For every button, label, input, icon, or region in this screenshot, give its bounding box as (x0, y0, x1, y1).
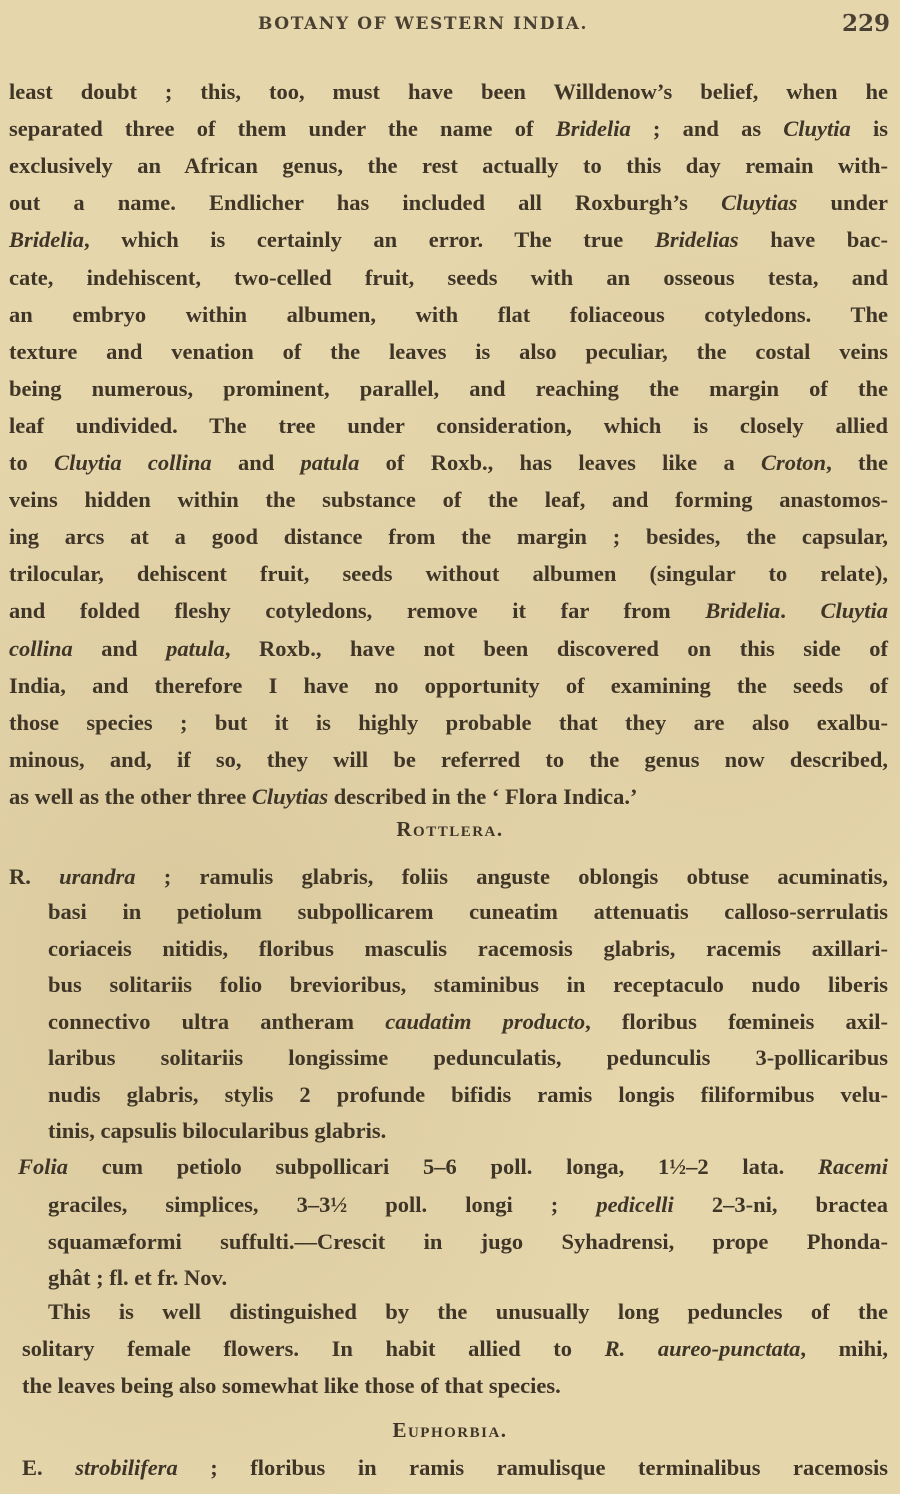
italic-taxon: Bridelia (556, 116, 631, 141)
text-line: Bridelia, which is certainly an error. T… (9, 225, 888, 255)
text-line: connectivo ultra antheram caudatim produ… (48, 1007, 888, 1037)
italic-taxon: patula (166, 636, 225, 661)
italic-taxon: Bridelias (655, 227, 739, 252)
text-line: veins hidden within the substance of the… (9, 485, 888, 515)
text-line: out a name. Endlicher has included all R… (9, 188, 888, 218)
page-number: 229 (842, 10, 890, 37)
text-line: nudis glabris, stylis 2 profunde bifidis… (48, 1080, 888, 1110)
text-line: minous, and, if so, they will be referre… (9, 745, 888, 775)
text-line: graciles, simplices, 3–3½ poll. longi ; … (48, 1190, 888, 1220)
text-line: bus solitariis folio brevioribus, stamin… (48, 970, 888, 1000)
italic-taxon: Cluytias (252, 784, 328, 809)
italic-taxon: strobilifera (75, 1455, 178, 1480)
section-heading-rottlera: Rottlera. (0, 817, 900, 842)
italic-taxon: Bridelia (9, 227, 84, 252)
running-title: BOTANY OF WESTERN INDIA. (258, 14, 588, 34)
text-line: tinis, capsulis bilocularibus glabris. (48, 1116, 888, 1146)
text-line: R. urandra ; ramulis glabris, foliis ang… (9, 862, 888, 892)
text-line: separated three of them under the name o… (9, 114, 888, 144)
text-line: cate, indehiscent, two-celled fruit, see… (9, 263, 888, 293)
text-line: Folia cum petiolo subpollicari 5–6 poll.… (18, 1152, 888, 1182)
text-line: the leaves being also somewhat like thos… (22, 1371, 888, 1401)
text-line: leaf undivided. The tree under considera… (9, 411, 888, 441)
text-line: squamæformi suffulti.—Crescit in jugo Sy… (48, 1227, 888, 1257)
text-line: to Cluytia collina and patula of Roxb., … (9, 448, 888, 478)
text-line: an embryo within albumen, with flat foli… (9, 300, 888, 330)
running-head: BOTANY OF WESTERN INDIA. 229 (0, 10, 900, 40)
italic-taxon: urandra (59, 864, 135, 889)
text-line: India, and therefore I have no opportuni… (9, 671, 888, 701)
italic-taxon: Cluytia collina (54, 450, 212, 475)
italic-taxon: R. aureo-punctata (605, 1336, 801, 1361)
italic-taxon: collina (9, 636, 73, 661)
italic-taxon: caudatim producto (385, 1009, 585, 1034)
book-page: BOTANY OF WESTERN INDIA. 229 least doubt… (0, 0, 900, 1494)
text-line: exclusively an African genus, the rest a… (9, 151, 888, 181)
text-line: This is well distinguished by the unusua… (48, 1297, 888, 1327)
italic-taxon: Cluytias (721, 190, 797, 215)
text-line: basi in petiolum subpollicarem cuneatim … (48, 897, 888, 927)
italic-taxon: Folia (18, 1154, 68, 1179)
text-line: ghât ; fl. et fr. Nov. (48, 1263, 888, 1293)
italic-taxon: Croton (761, 450, 826, 475)
text-line: coriaceis nitidis, floribus masculis rac… (48, 934, 888, 964)
text-line: those species ; but it is highly probabl… (9, 708, 888, 738)
italic-taxon: Bridelia (705, 598, 780, 623)
text-line: collina and patula, Roxb., have not been… (9, 634, 888, 664)
italic-taxon: patula (301, 450, 360, 475)
italic-taxon: pedicelli (596, 1192, 673, 1217)
text-line: laribus solitariis longissime pedunculat… (48, 1043, 888, 1073)
italic-taxon: Cluytia (783, 116, 851, 141)
text-line: as well as the other three Cluytias desc… (9, 782, 888, 812)
text-line: texture and venation of the leaves is al… (9, 337, 888, 367)
text-line: being numerous, prominent, parallel, and… (9, 374, 888, 404)
italic-taxon: Cluytia (821, 598, 889, 623)
text-line: least doubt ; this, too, must have been … (9, 77, 888, 107)
text-line: E. strobilifera ; floribus in ramis ramu… (22, 1453, 888, 1483)
italic-taxon: Racemi (818, 1154, 888, 1179)
text-line: ing arcs at a good distance from the mar… (9, 522, 888, 552)
section-heading-euphorbia: Euphorbia. (0, 1418, 900, 1443)
text-line: trilocular, dehiscent fruit, seeds witho… (9, 559, 888, 589)
text-line: and folded fleshy cotyledons, remove it … (9, 596, 888, 626)
text-line: solitary female flowers. In habit allied… (22, 1334, 888, 1364)
